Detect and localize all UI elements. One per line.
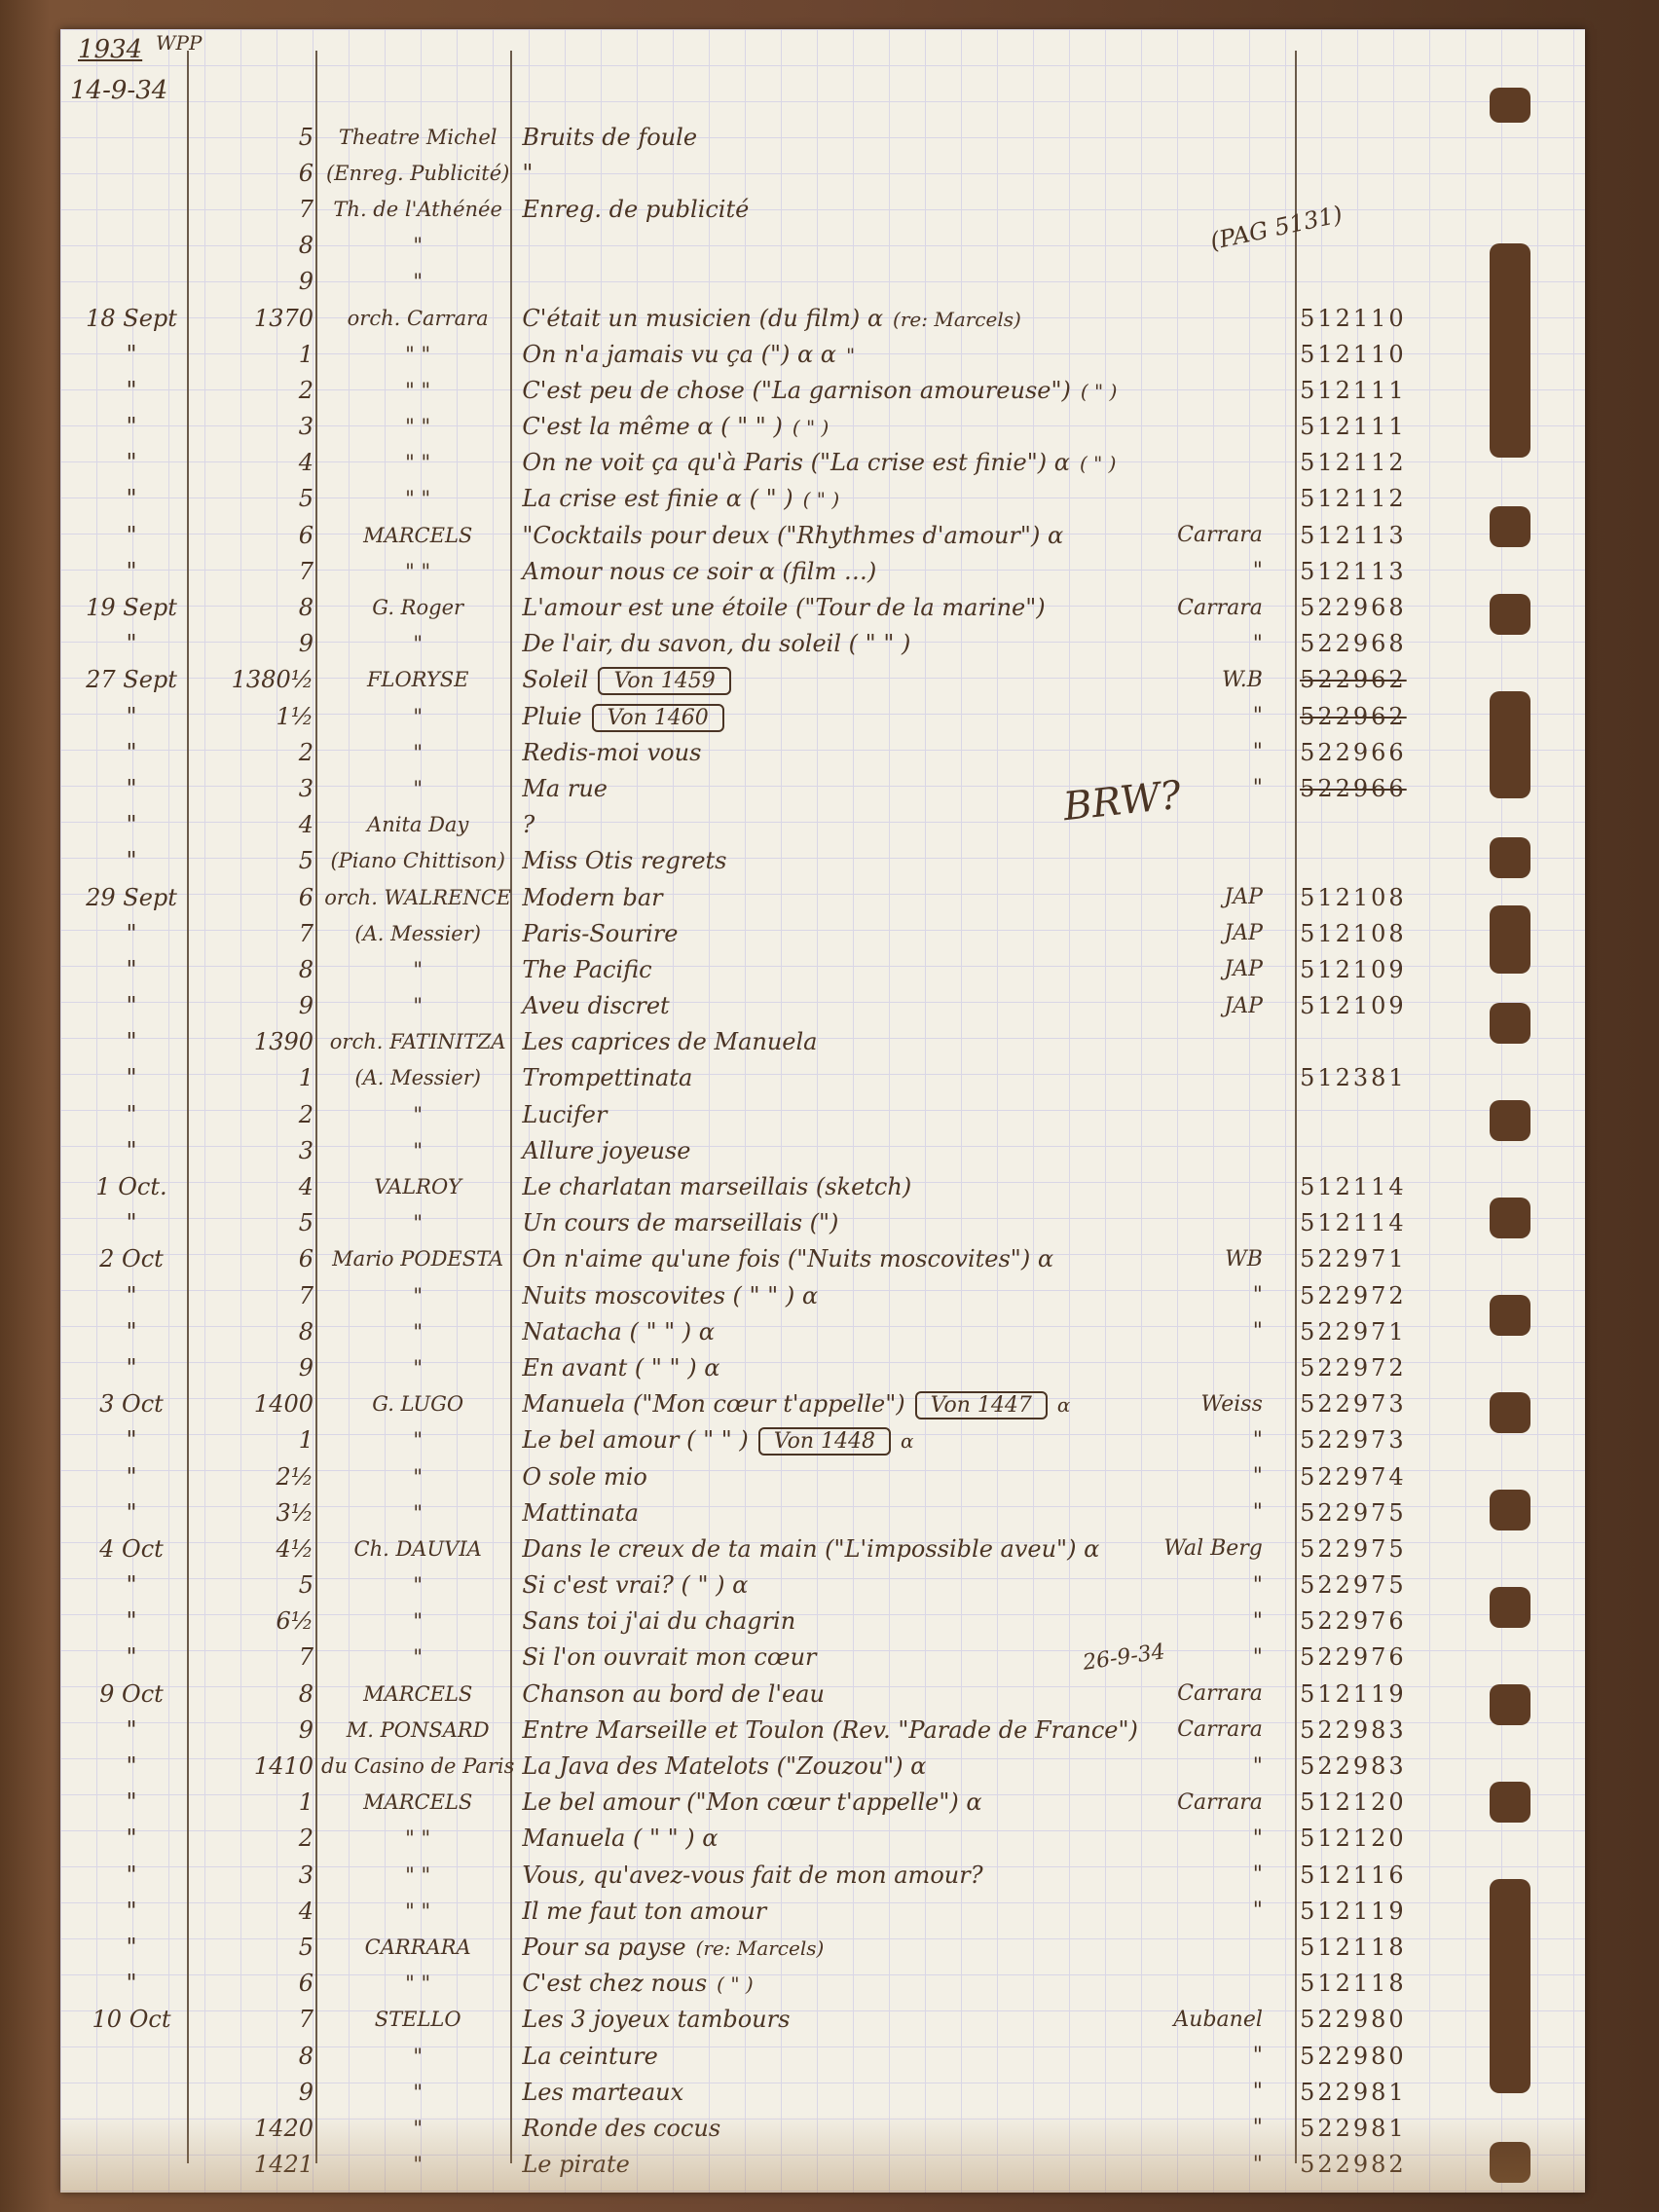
binder-hole bbox=[1490, 837, 1530, 878]
title-cell-text: The Pacific bbox=[522, 956, 651, 983]
date-cell: " bbox=[70, 1422, 193, 1458]
label-cell-text: Carrara bbox=[1177, 1717, 1263, 1742]
ledger-row: 1 Oct.4VALROYLe charlatan marseillais (s… bbox=[70, 1168, 1440, 1204]
ledger-row: "8"The PacificJAP512109 bbox=[70, 951, 1440, 987]
date-cell: " bbox=[70, 951, 193, 987]
title-cell-text: On n'a jamais vu ça (") α α bbox=[522, 341, 836, 368]
matrix-cell-text: 5 bbox=[299, 1934, 313, 1961]
artist-cell-text: " " bbox=[405, 415, 430, 438]
artist-cell: Th. de l'Athénée bbox=[317, 191, 518, 227]
catalogue-cell: 522962 bbox=[1267, 698, 1440, 734]
catalogue-cell: 512113 bbox=[1267, 553, 1440, 589]
date-cell: " bbox=[70, 626, 193, 662]
title-cell-text: Les 3 joyeux tambours bbox=[522, 2006, 790, 2033]
title-cell: Si l'on ouvrait mon cœur bbox=[518, 1640, 1142, 1676]
ledger-row: "5"Si c'est vrai? ( " ) α"522975 bbox=[70, 1567, 1440, 1604]
title-note: ( " ) bbox=[1080, 452, 1117, 475]
date-cell-text: 29 Sept bbox=[86, 884, 177, 911]
ledger-row: "9"De l'air, du savon, du soleil ( " " )… bbox=[70, 626, 1440, 662]
label-cell: Carrara bbox=[1142, 1712, 1267, 1748]
label-cell: " bbox=[1142, 553, 1267, 589]
date-cell: " bbox=[70, 1712, 193, 1748]
title-cell-text: " bbox=[522, 160, 533, 187]
title-note: (re: Marcels) bbox=[893, 308, 1021, 331]
catalogue-cell: 512108 bbox=[1267, 879, 1440, 915]
artist-cell: (Piano Chittison) bbox=[317, 843, 518, 879]
ledger-row: 6(Enreg. Publicité)" bbox=[70, 155, 1440, 191]
title-note: ( " ) bbox=[717, 1972, 754, 1996]
date-cell: 29 Sept bbox=[70, 879, 193, 915]
catalogue-cell: 512120 bbox=[1267, 1821, 1440, 1857]
label-cell-text: JAP bbox=[1224, 921, 1263, 945]
label-cell bbox=[1142, 481, 1267, 517]
artist-cell-text: " bbox=[413, 958, 423, 981]
date-cell bbox=[70, 2147, 193, 2183]
title-cell-text: Un cours de marseillais (") bbox=[522, 1209, 838, 1236]
date-cell-text: " bbox=[126, 1064, 136, 1091]
catalogue-cell: 512108 bbox=[1267, 915, 1440, 951]
date-cell-text: " bbox=[126, 992, 136, 1019]
artist-cell-text: " bbox=[413, 1501, 423, 1525]
label-cell bbox=[1142, 1132, 1267, 1168]
title-cell: Lucifer bbox=[518, 1096, 1142, 1132]
artist-cell: " bbox=[317, 1096, 518, 1132]
date-cell: 19 Sept bbox=[70, 589, 193, 625]
title-cell-text: O sole mio bbox=[522, 1463, 646, 1491]
title-cell: Allure joyeuse bbox=[518, 1132, 1142, 1168]
title-cell: Manuela ( " " ) α bbox=[518, 1821, 1142, 1857]
matrix-cell-text: 6 bbox=[299, 160, 313, 187]
ledger-row: "3½"Mattinata"522975 bbox=[70, 1494, 1440, 1530]
label-cell: " bbox=[1142, 1567, 1267, 1604]
artist-cell-text: MARCELS bbox=[363, 1790, 472, 1814]
catalogue-cell-text: 512119 bbox=[1300, 1898, 1407, 1925]
catalogue-cell: 522981 bbox=[1267, 2110, 1440, 2146]
date-cell-text: 2 Oct bbox=[99, 1245, 164, 1272]
title-cell-text: Si l'on ouvrait mon cœur bbox=[522, 1643, 816, 1671]
binder-hole bbox=[1490, 2142, 1530, 2183]
catalogue-cell: 522972 bbox=[1267, 1277, 1440, 1313]
artist-cell: Theatre Michel bbox=[317, 119, 518, 155]
label-cell: " bbox=[1142, 1748, 1267, 1784]
matrix-cell: 6 bbox=[193, 517, 317, 553]
title-cell-text: Miss Otis regrets bbox=[522, 847, 726, 874]
title-cell: L'amour est une étoile ("Tour de la mari… bbox=[518, 589, 1142, 625]
matrix-cell: 5 bbox=[193, 1205, 317, 1241]
matrix-cell: 2 bbox=[193, 1096, 317, 1132]
catalogue-cell: 522976 bbox=[1267, 1640, 1440, 1676]
title-cell: The Pacific bbox=[518, 951, 1142, 987]
title-cell: Dans le creux de ta main ("L'impossible … bbox=[518, 1530, 1142, 1567]
catalogue-cell-text: 522980 bbox=[1300, 2043, 1407, 2070]
date-cell-text: 18 Sept bbox=[86, 305, 177, 332]
artist-cell-text: " bbox=[413, 1139, 423, 1162]
artist-cell-text: " " bbox=[405, 343, 430, 366]
catalogue-cell: 512112 bbox=[1267, 445, 1440, 481]
date-cell-text: " bbox=[126, 485, 136, 512]
matrix-cell: 1½ bbox=[193, 698, 317, 734]
title-cell: Paris-Sourire bbox=[518, 915, 1142, 951]
artist-cell: FLORYSE bbox=[317, 662, 518, 698]
date-cell-text: " bbox=[126, 1101, 136, 1128]
ledger-row: "3" "Vous, qu'avez-vous fait de mon amou… bbox=[70, 1857, 1440, 1893]
title-cell: "Cocktails pour deux ("Rhythmes d'amour"… bbox=[518, 517, 1142, 553]
label-cell-text: " bbox=[1253, 1464, 1263, 1489]
date-cell: " bbox=[70, 1494, 193, 1530]
date-cell: " bbox=[70, 1857, 193, 1893]
title-cell: Vous, qu'avez-vous fait de mon amour? bbox=[518, 1857, 1142, 1893]
date-cell bbox=[70, 264, 193, 300]
title-cell: Entre Marseille et Toulon (Rev. "Parade … bbox=[518, 1712, 1142, 1748]
artist-cell-text: " " bbox=[405, 451, 430, 474]
label-cell-text: JAP bbox=[1224, 957, 1263, 981]
ledger-row: "3"Allure joyeuse bbox=[70, 1132, 1440, 1168]
binder-hole bbox=[1490, 1490, 1530, 1530]
label-cell bbox=[1142, 1929, 1267, 1965]
catalogue-cell-text: 512114 bbox=[1300, 1173, 1407, 1200]
ledger-row: "3" "C'est la même α ( " " )( " )512111 bbox=[70, 409, 1440, 445]
artist-cell-text: (A. Messier) bbox=[354, 1066, 481, 1089]
title-cell-text: Pour sa payse bbox=[522, 1934, 685, 1961]
matrix-cell-text: 2 bbox=[299, 739, 313, 766]
date-cell: " bbox=[70, 481, 193, 517]
catalogue-cell bbox=[1267, 1132, 1440, 1168]
artist-cell: VALROY bbox=[317, 1168, 518, 1204]
catalogue-cell: 512120 bbox=[1267, 1785, 1440, 1821]
label-cell: JAP bbox=[1142, 951, 1267, 987]
ledger-row: "6MARCELS"Cocktails pour deux ("Rhythmes… bbox=[70, 517, 1440, 553]
label-cell-text: JAP bbox=[1224, 885, 1263, 909]
date-cell-text: " bbox=[126, 1426, 136, 1454]
title-cell: On n'aime qu'une fois ("Nuits moscovites… bbox=[518, 1241, 1142, 1277]
title-cell-text: C'était un musicien (du film) α bbox=[522, 305, 883, 332]
date-cell: 10 Oct bbox=[70, 2002, 193, 2038]
title-cell: Pour sa payse(re: Marcels) bbox=[518, 1929, 1142, 1965]
label-cell-text: " bbox=[1253, 776, 1263, 800]
title-cell-text: Ronde des cocus bbox=[522, 2115, 720, 2142]
date-cell-text: " bbox=[126, 1028, 136, 1055]
title-cell-text: Lucifer bbox=[522, 1101, 607, 1128]
matrix-cell: 7 bbox=[193, 915, 317, 951]
date-cell-text: " bbox=[126, 1898, 136, 1925]
catalogue-cell bbox=[1267, 155, 1440, 191]
ledger-row: "7"Nuits moscovites ( " " ) α"522972 bbox=[70, 1277, 1440, 1313]
catalogue-cell: 522975 bbox=[1267, 1530, 1440, 1567]
matrix-cell: 6 bbox=[193, 1241, 317, 1277]
title-cell: Les marteaux bbox=[518, 2074, 1142, 2110]
title-cell: Il me faut ton amour bbox=[518, 1893, 1142, 1929]
matrix-cell: 1 bbox=[193, 336, 317, 372]
title-cell: La ceinture bbox=[518, 2038, 1142, 2074]
matrix-cell: 6 bbox=[193, 879, 317, 915]
header-date: 14-9-34 bbox=[70, 76, 167, 105]
catalogue-cell-text: 522976 bbox=[1300, 1643, 1407, 1671]
artist-cell-text: " bbox=[413, 1356, 423, 1380]
title-cell-text: Allure joyeuse bbox=[522, 1137, 690, 1164]
artist-cell-text: Ch. DAUVIA bbox=[354, 1537, 482, 1561]
matrix-cell: 1 bbox=[193, 1060, 317, 1096]
matrix-cell-text: 7 bbox=[299, 920, 313, 947]
label-cell-text: " bbox=[1253, 1319, 1263, 1344]
artist-cell-text: " " bbox=[405, 1899, 430, 1923]
date-cell-text: " bbox=[126, 1607, 136, 1635]
date-cell: " bbox=[70, 988, 193, 1024]
matrix-cell-text: 8 bbox=[299, 2043, 313, 2070]
matrix-cell: 3 bbox=[193, 770, 317, 806]
matrix-cell: 4 bbox=[193, 1893, 317, 1929]
ledger-row: "9M. PONSARDEntre Marseille et Toulon (R… bbox=[70, 1712, 1440, 1748]
title-cell: On ne voit ça qu'à Paris ("La crise est … bbox=[518, 445, 1142, 481]
label-cell bbox=[1142, 155, 1267, 191]
catalogue-cell-text: 512109 bbox=[1300, 992, 1407, 1019]
title-cell-text: L'amour est une étoile ("Tour de la mari… bbox=[522, 594, 1045, 621]
date-cell-text: 4 Oct bbox=[99, 1535, 164, 1563]
artist-cell-text: " bbox=[413, 1645, 423, 1669]
matrix-cell-text: 1 bbox=[299, 341, 313, 368]
catalogue-cell: 522971 bbox=[1267, 1241, 1440, 1277]
artist-cell: " bbox=[317, 770, 518, 806]
matrix-cell: 9 bbox=[193, 1712, 317, 1748]
artist-cell-text: du Casino de Paris bbox=[321, 1754, 514, 1778]
date-cell-text: " bbox=[126, 630, 136, 657]
artist-cell-text: (Piano Chittison) bbox=[330, 849, 504, 872]
catalogue-cell-text: 512111 bbox=[1300, 413, 1407, 440]
label-cell: " bbox=[1142, 1604, 1267, 1640]
label-cell bbox=[1142, 1060, 1267, 1096]
artist-cell-text: MARCELS bbox=[363, 1682, 472, 1706]
label-cell: JAP bbox=[1142, 879, 1267, 915]
title-cell: Modern bar bbox=[518, 879, 1142, 915]
matrix-cell-text: 4 bbox=[299, 811, 313, 838]
artist-cell-text: G. Roger bbox=[372, 596, 463, 619]
ledger-row: "5"Un cours de marseillais (")512114 bbox=[70, 1205, 1440, 1241]
catalogue-cell: 512114 bbox=[1267, 1168, 1440, 1204]
title-cell: C'est la même α ( " " )( " ) bbox=[518, 409, 1142, 445]
catalogue-cell-text: 522981 bbox=[1300, 2079, 1407, 2106]
date-cell-text: " bbox=[126, 703, 136, 730]
artist-cell-text: " bbox=[413, 270, 423, 293]
catalogue-cell: 512381 bbox=[1267, 1060, 1440, 1096]
ledger-row: 29 Sept6orch. WALRENCEModern barJAP51210… bbox=[70, 879, 1440, 915]
catalogue-cell-text: 512120 bbox=[1300, 1825, 1407, 1852]
catalogue-cell: 512109 bbox=[1267, 951, 1440, 987]
title-note: α bbox=[901, 1429, 914, 1453]
artist-cell-text: " bbox=[413, 2153, 423, 2176]
matrix-cell-text: 1420 bbox=[254, 2115, 313, 2142]
catalogue-cell: 512111 bbox=[1267, 409, 1440, 445]
artist-cell: " bbox=[317, 626, 518, 662]
label-cell: " bbox=[1142, 1277, 1267, 1313]
artist-cell: Ch. DAUVIA bbox=[317, 1530, 518, 1567]
boxed-reference: Von 1448 bbox=[758, 1427, 891, 1456]
date-cell-text: " bbox=[126, 377, 136, 404]
date-cell-text: 1 Oct. bbox=[95, 1173, 166, 1200]
matrix-cell-text: 1400 bbox=[254, 1390, 313, 1418]
title-cell-text: Mattinata bbox=[522, 1499, 639, 1527]
title-cell-text: Chanson au bord de l'eau bbox=[522, 1680, 825, 1708]
artist-cell-text: " " bbox=[405, 379, 430, 402]
date-cell: " bbox=[70, 409, 193, 445]
artist-cell: " bbox=[317, 951, 518, 987]
date-cell: " bbox=[70, 1458, 193, 1494]
matrix-cell: 2 bbox=[193, 1821, 317, 1857]
title-cell bbox=[518, 264, 1142, 300]
label-cell bbox=[1142, 1168, 1267, 1204]
date-cell bbox=[70, 119, 193, 155]
label-cell bbox=[1142, 191, 1267, 227]
date-cell: " bbox=[70, 372, 193, 408]
catalogue-cell: 512109 bbox=[1267, 988, 1440, 1024]
ledger-row: "5" "La crise est finie α ( " )( " )5121… bbox=[70, 481, 1440, 517]
ledger-row: "7(A. Messier)Paris-SourireJAP512108 bbox=[70, 915, 1440, 951]
title-cell: La crise est finie α ( " )( " ) bbox=[518, 481, 1142, 517]
label-cell bbox=[1142, 1966, 1267, 2002]
matrix-cell-text: 6 bbox=[299, 1970, 313, 1997]
ledger-row: "9"Aveu discretJAP512109 bbox=[70, 988, 1440, 1024]
matrix-cell: 1410 bbox=[193, 1748, 317, 1784]
title-cell: Miss Otis regrets bbox=[518, 843, 1142, 879]
title-cell-text: Modern bar bbox=[522, 884, 662, 911]
ledger-row: "2" "Manuela ( " " ) α"512120 bbox=[70, 1821, 1440, 1857]
label-cell: " bbox=[1142, 1857, 1267, 1893]
artist-cell: " " bbox=[317, 553, 518, 589]
catalogue-cell: 512116 bbox=[1267, 1857, 1440, 1893]
matrix-cell: 5 bbox=[193, 119, 317, 155]
catalogue-cell: 522983 bbox=[1267, 1712, 1440, 1748]
catalogue-cell-text: 522966 bbox=[1300, 739, 1407, 766]
matrix-cell-text: 3 bbox=[299, 775, 313, 802]
ledger-row: 4 Oct4½Ch. DAUVIADans le creux de ta mai… bbox=[70, 1530, 1440, 1567]
artist-cell-text: orch. Carrara bbox=[348, 307, 489, 330]
matrix-cell-text: 8 bbox=[299, 594, 313, 621]
matrix-cell-text: 9 bbox=[299, 1716, 313, 1744]
title-cell-text: Le pirate bbox=[522, 2151, 629, 2178]
date-cell: " bbox=[70, 807, 193, 843]
title-cell-text: Manuela ("Mon cœur t'appelle") bbox=[522, 1390, 904, 1418]
artist-cell: " bbox=[317, 734, 518, 770]
date-cell-text: 9 Oct bbox=[99, 1680, 164, 1708]
date-cell-text: " bbox=[126, 1788, 136, 1816]
catalogue-cell: 522966 bbox=[1267, 734, 1440, 770]
artist-cell-text: " bbox=[413, 1573, 423, 1597]
artist-cell-text: " bbox=[413, 2081, 423, 2104]
title-cell: Le bel amour ("Mon cœur t'appelle") α bbox=[518, 1785, 1142, 1821]
date-cell-text: 10 Oct bbox=[92, 2006, 171, 2033]
artist-cell-text: " bbox=[413, 705, 423, 728]
artist-cell: " bbox=[317, 1313, 518, 1349]
label-cell: Carrara bbox=[1142, 589, 1267, 625]
matrix-cell: 7 bbox=[193, 1277, 317, 1313]
ledger-row: 9"Les marteaux"522981 bbox=[70, 2074, 1440, 2110]
matrix-cell-text: 1421 bbox=[254, 2151, 313, 2178]
label-cell-text: " bbox=[1253, 559, 1263, 583]
matrix-cell-text: 2 bbox=[299, 377, 313, 404]
artist-cell-text: Th. de l'Athénée bbox=[333, 198, 502, 221]
matrix-cell: 1 bbox=[193, 1422, 317, 1458]
catalogue-cell: 522973 bbox=[1267, 1386, 1440, 1422]
matrix-cell: 1421 bbox=[193, 2147, 317, 2183]
label-cell-text: " bbox=[1253, 1899, 1263, 1923]
matrix-cell: 7 bbox=[193, 2002, 317, 2038]
matrix-cell-text: 1410 bbox=[254, 1752, 313, 1780]
matrix-cell: 2½ bbox=[193, 1458, 317, 1494]
date-cell: " bbox=[70, 1785, 193, 1821]
date-cell-text: " bbox=[126, 1825, 136, 1852]
label-cell-text: " bbox=[1253, 1573, 1263, 1598]
title-cell-text: Dans le creux de ta main ("L'impossible … bbox=[522, 1535, 1099, 1563]
title-note: (re: Marcels) bbox=[696, 1936, 825, 1960]
label-cell-text: Carrara bbox=[1177, 596, 1263, 620]
title-cell-text: Pluie bbox=[522, 703, 581, 730]
boxed-reference: Von 1459 bbox=[598, 667, 730, 695]
catalogue-cell: 522966 bbox=[1267, 770, 1440, 806]
title-cell-text: Natacha ( " " ) α bbox=[522, 1318, 715, 1346]
matrix-cell-text: 9 bbox=[299, 268, 313, 295]
artist-cell: Anita Day bbox=[317, 807, 518, 843]
binder-hole bbox=[1490, 1003, 1530, 1044]
catalogue-cell-text: 512108 bbox=[1300, 884, 1407, 911]
catalogue-cell-text: 512112 bbox=[1300, 449, 1407, 476]
artist-cell-text: FLORYSE bbox=[367, 668, 468, 691]
ledger-row: 1421"Le pirate"522982 bbox=[70, 2147, 1440, 2183]
ledger-row: "2" "C'est peu de chose ("La garnison am… bbox=[70, 372, 1440, 408]
artist-cell: M. PONSARD bbox=[317, 1712, 518, 1748]
artist-cell: " bbox=[317, 1349, 518, 1385]
matrix-cell: 1380½ bbox=[193, 662, 317, 698]
catalogue-cell bbox=[1267, 843, 1440, 879]
matrix-cell-text: 6½ bbox=[276, 1607, 313, 1635]
label-cell-text: Carrara bbox=[1177, 1681, 1263, 1706]
catalogue-cell-text: 522971 bbox=[1300, 1318, 1407, 1346]
matrix-cell: 4 bbox=[193, 1168, 317, 1204]
title-cell: O sole mio bbox=[518, 1458, 1142, 1494]
title-cell-text: La ceinture bbox=[522, 2043, 657, 2070]
label-cell-text: " bbox=[1253, 1862, 1263, 1887]
label-cell: " bbox=[1142, 1640, 1267, 1676]
ledger-row: "1"Le bel amour ( " " )Von 1448α"522973 bbox=[70, 1422, 1440, 1458]
binder-hole bbox=[1490, 1198, 1530, 1238]
matrix-cell-text: 8 bbox=[299, 1680, 313, 1708]
matrix-cell: 1420 bbox=[193, 2110, 317, 2146]
artist-cell-text: " bbox=[413, 994, 423, 1017]
title-cell-text: Soleil bbox=[522, 666, 588, 693]
artist-cell: " " bbox=[317, 336, 518, 372]
catalogue-cell-text: 512110 bbox=[1300, 341, 1407, 368]
matrix-cell: 6 bbox=[193, 155, 317, 191]
date-cell: " bbox=[70, 1096, 193, 1132]
label-cell: " bbox=[1142, 2147, 1267, 2183]
title-cell: C'était un musicien (du film) α(re: Marc… bbox=[518, 300, 1142, 336]
catalogue-cell-text: 512113 bbox=[1300, 522, 1407, 549]
matrix-cell-text: 3 bbox=[299, 413, 313, 440]
ledger-row: "2½"O sole mio"522974 bbox=[70, 1458, 1440, 1494]
label-cell-text: WB bbox=[1225, 1247, 1263, 1272]
catalogue-cell bbox=[1267, 807, 1440, 843]
artist-cell-text: " " bbox=[405, 560, 430, 583]
date-cell bbox=[70, 228, 193, 264]
matrix-cell-text: 2 bbox=[299, 1101, 313, 1128]
date-cell: " bbox=[70, 445, 193, 481]
label-cell-text: " bbox=[1253, 740, 1263, 764]
matrix-cell-text: 2½ bbox=[276, 1463, 313, 1491]
artist-cell: " " bbox=[317, 481, 518, 517]
catalogue-cell: 512111 bbox=[1267, 372, 1440, 408]
matrix-cell-text: 6 bbox=[299, 1245, 313, 1272]
catalogue-cell: 512118 bbox=[1267, 1929, 1440, 1965]
matrix-cell: 7 bbox=[193, 191, 317, 227]
title-cell: ? bbox=[518, 807, 1142, 843]
title-cell-text: Sans toi j'ai du chagrin bbox=[522, 1607, 795, 1635]
